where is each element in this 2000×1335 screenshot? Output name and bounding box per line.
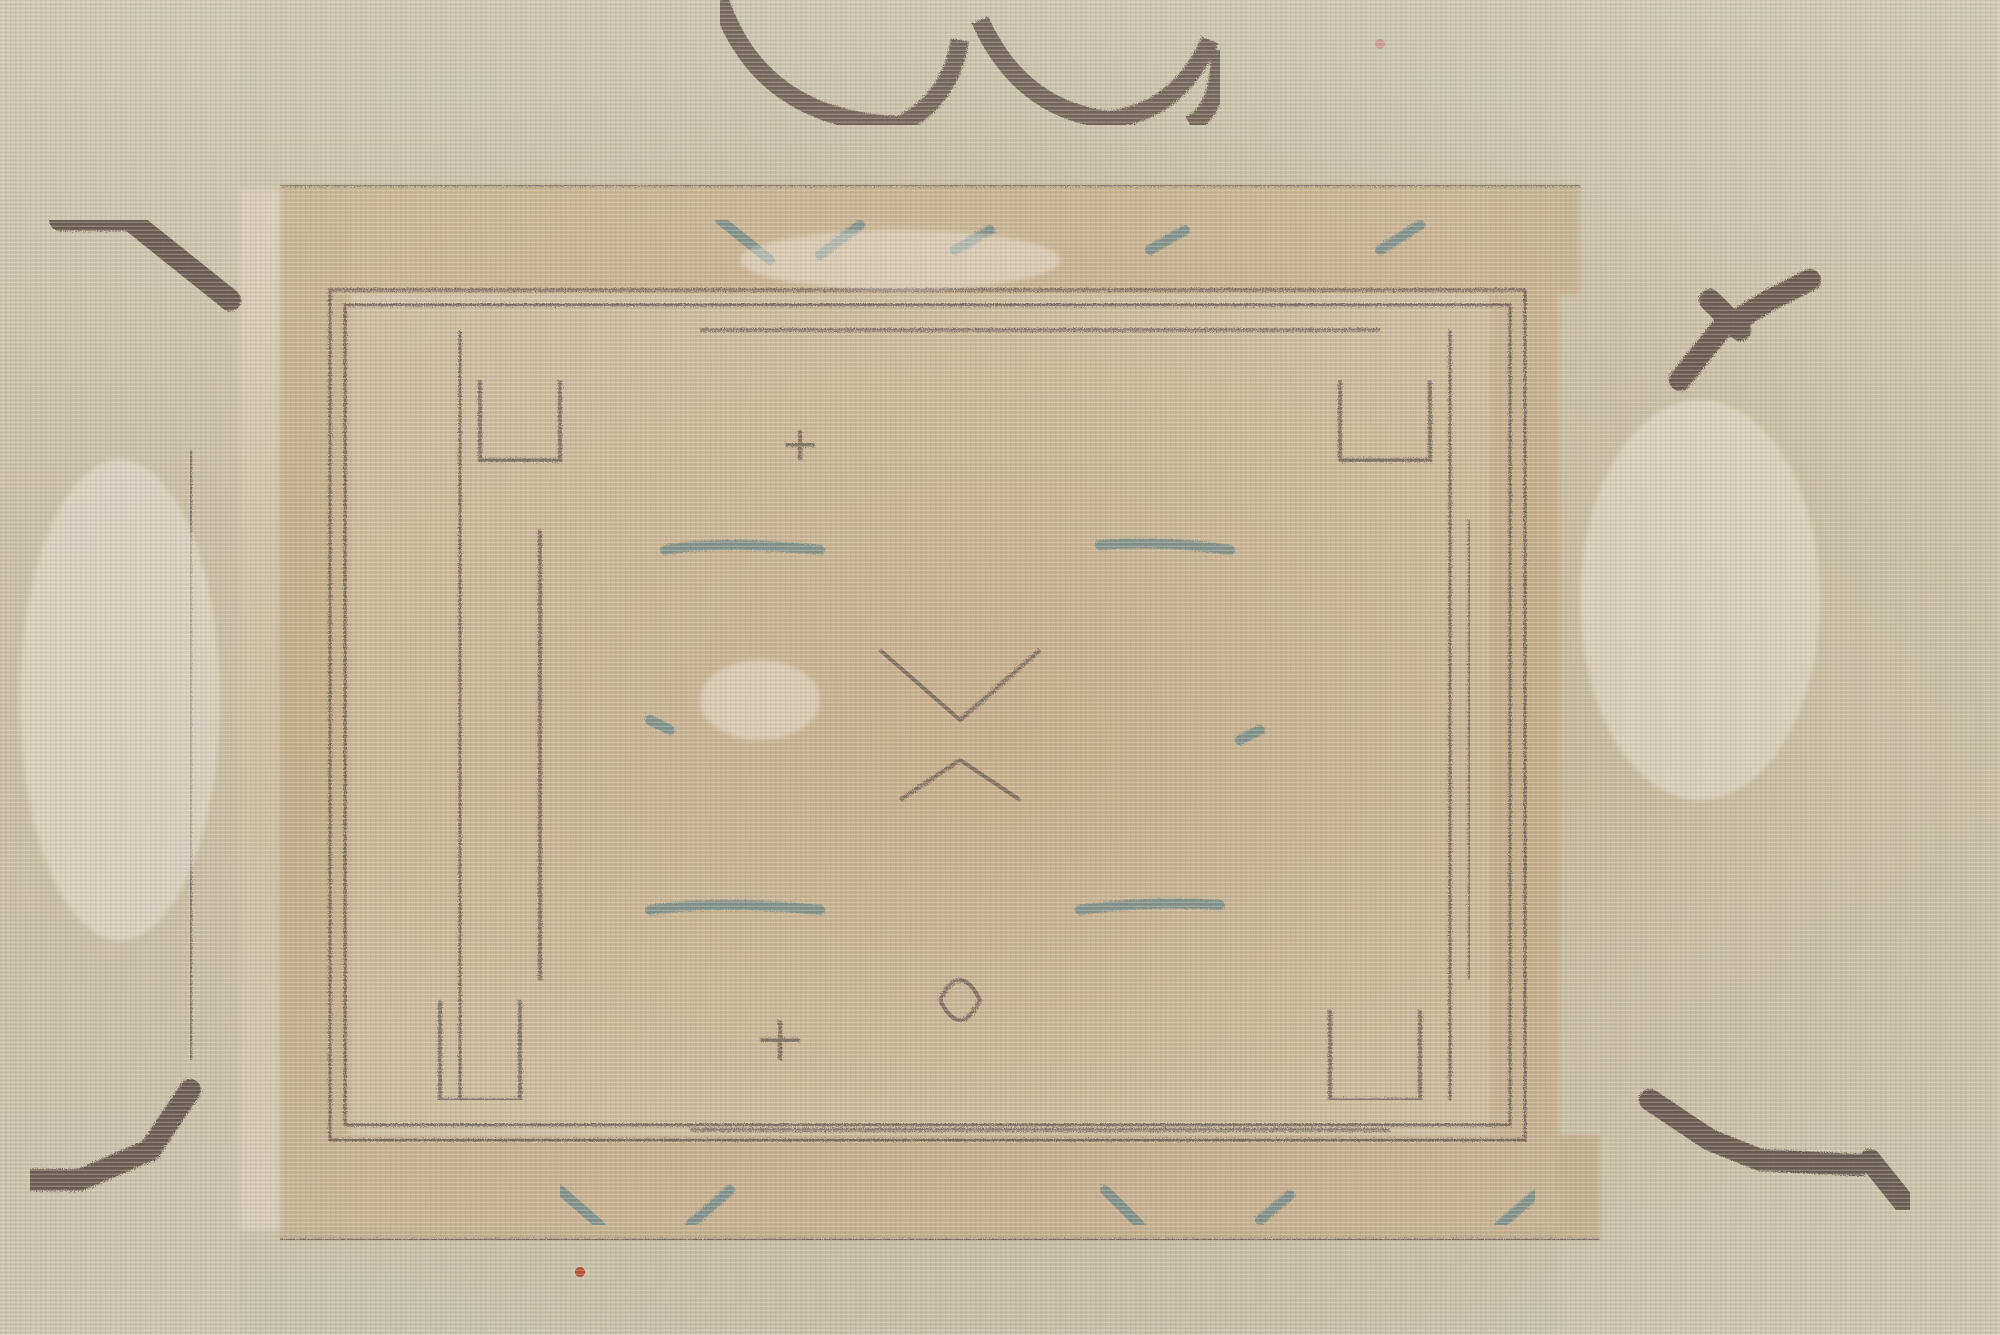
rug-photo [0, 0, 2000, 1335]
rug-pattern [0, 0, 2000, 1335]
